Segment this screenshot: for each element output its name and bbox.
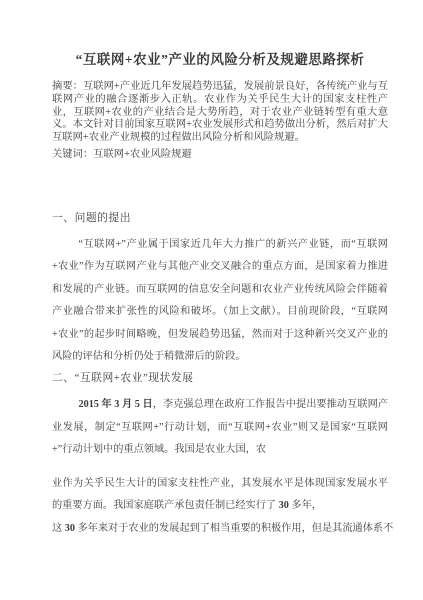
section-2-paragraph-2-text-a: 业作为关乎民生大计的国家支柱性产业，其发展水平是体现国家发展水平的重要方面。我国…	[52, 478, 388, 511]
keywords-text: 互联网+农业风险规避	[93, 149, 191, 160]
section-2-heading: 二、“互联网+农业”现状发展	[52, 371, 388, 386]
document-title: “互联网+农业”产业的风险分析及规避思路探析	[52, 48, 388, 68]
section-2-paragraph-2-text-b: 多年，	[289, 500, 322, 511]
keywords-line: 关键词：互联网+农业风险规避	[52, 148, 388, 161]
section-2-paragraph-3-text-a: 这	[52, 523, 65, 534]
abstract-label: 摘要：	[52, 81, 83, 92]
date-bold-text: 2015 年 3 月 5 日	[79, 399, 153, 410]
section-1-heading: 一、问题的提出	[52, 211, 388, 226]
section-2-paragraph-3: 这 30 多年来对于农业的发展起到了相当重要的积极作用，但是其流通体系不	[52, 518, 388, 540]
section-2-paragraph-3-text-b: 多年来对于农业的发展起到了相当重要的积极作用，但是其流通体系不	[75, 523, 393, 534]
keywords-label: 关键词：	[52, 149, 93, 160]
document-page: “互联网+农业”产业的风险分析及规避思路探析 摘要：互联网+产业近几年发展趋势迅…	[0, 0, 423, 600]
section-2-paragraph-1: 2015 年 3 月 5 日，李克强总理在政府工作报告中提出要推动互联网产业发展…	[52, 394, 388, 461]
years-number-bold-2: 30	[65, 523, 75, 534]
years-number-bold: 30	[279, 500, 289, 511]
section-2-paragraph-2: 业作为关乎民生大计的国家支柱性产业，其发展水平是体现国家发展水平的重要方面。我国…	[52, 473, 388, 518]
abstract-text: 互联网+产业近几年发展趋势迅猛，发展前景良好，各传统产业与互联网产业的融合逐渐步…	[52, 81, 388, 143]
abstract-paragraph: 摘要：互联网+产业近几年发展趋势迅猛，发展前景良好，各传统产业与互联网产业的融合…	[52, 81, 388, 145]
section-1-paragraph: “互联网+”产业属于国家近几年大力推广的新兴产业链，而“互联网+农业”作为互联网…	[52, 234, 388, 368]
